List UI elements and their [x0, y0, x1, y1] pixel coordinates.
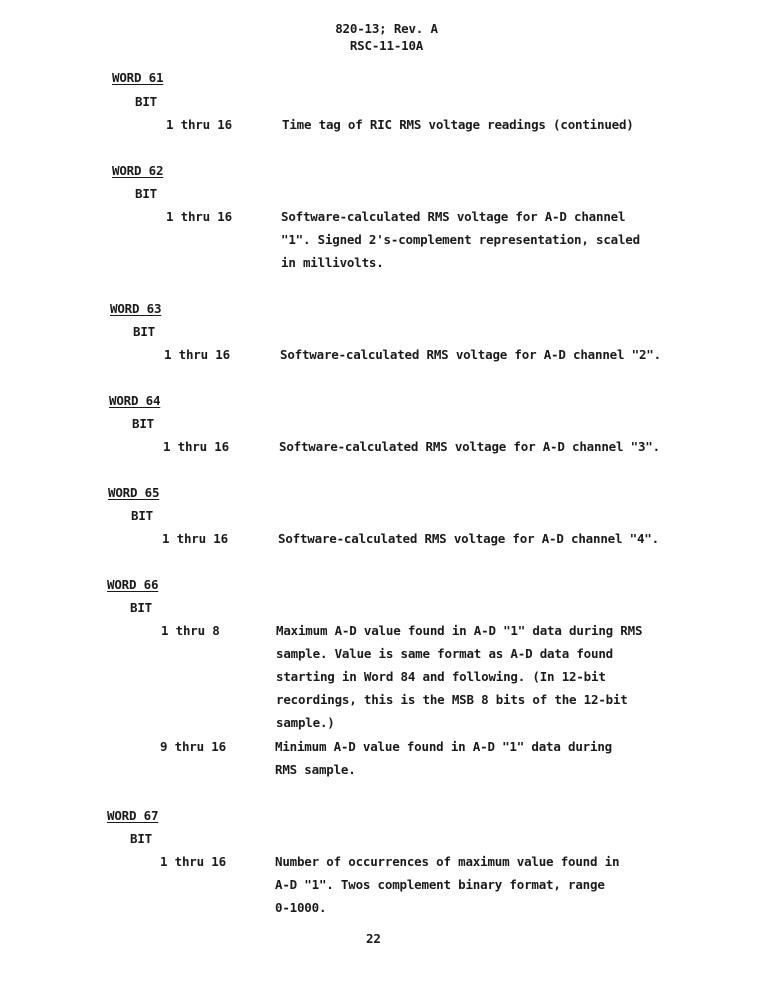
bit-description: Maximum A-D value found in A-D "1" data …	[276, 619, 642, 642]
bit-description: Software-calculated RMS voltage for A-D …	[278, 527, 659, 550]
bit-description: A-D "1". Twos complement binary format, …	[275, 873, 605, 896]
bit-label: BIT	[130, 596, 152, 619]
bit-range: 1 thru 16	[164, 343, 230, 366]
bit-label: BIT	[131, 504, 153, 527]
word-title: WORD 67	[107, 804, 158, 827]
bit-range: 1 thru 8	[161, 619, 220, 642]
bit-description: recordings, this is the MSB 8 bits of th…	[276, 688, 628, 711]
word-title: WORD 63	[110, 297, 161, 320]
bit-range: 1 thru 16	[160, 850, 226, 873]
bit-range: 1 thru 16	[166, 113, 232, 136]
bit-label: BIT	[130, 827, 152, 850]
bit-description: Software-calculated RMS voltage for A-D …	[280, 343, 661, 366]
bit-description: Software-calculated RMS voltage for A-D …	[279, 435, 660, 458]
word-title: WORD 65	[108, 481, 159, 504]
bit-description: RMS sample.	[275, 758, 356, 781]
page-number: 22	[366, 927, 381, 950]
bit-description: Time tag of RIC RMS voltage readings (co…	[282, 113, 634, 136]
bit-label: BIT	[133, 320, 155, 343]
bit-range: 1 thru 16	[166, 205, 232, 228]
word-title: WORD 61	[112, 66, 163, 89]
bit-description: 0-1000.	[275, 896, 326, 919]
bit-description: Minimum A-D value found in A-D "1" data …	[275, 735, 612, 758]
bit-range: 9 thru 16	[160, 735, 226, 758]
bit-label: BIT	[132, 412, 154, 435]
word-title: WORD 62	[112, 159, 163, 182]
bit-range: 1 thru 16	[163, 435, 229, 458]
bit-description: sample.)	[276, 711, 335, 734]
bit-range: 1 thru 16	[162, 527, 228, 550]
bit-label: BIT	[135, 90, 157, 113]
bit-description: starting in Word 84 and following. (In 1…	[276, 665, 606, 688]
bit-description: Software-calculated RMS voltage for A-D …	[281, 205, 625, 228]
bit-description: in millivolts.	[281, 251, 384, 274]
bit-description: sample. Value is same format as A-D data…	[276, 642, 613, 665]
bit-description: "1". Signed 2's-complement representatio…	[281, 228, 640, 251]
doc-id: RSC-11-10A	[0, 34, 773, 57]
word-title: WORD 64	[109, 389, 160, 412]
bit-description: Number of occurrences of maximum value f…	[275, 850, 619, 873]
word-title: WORD 66	[107, 573, 158, 596]
bit-label: BIT	[135, 182, 157, 205]
